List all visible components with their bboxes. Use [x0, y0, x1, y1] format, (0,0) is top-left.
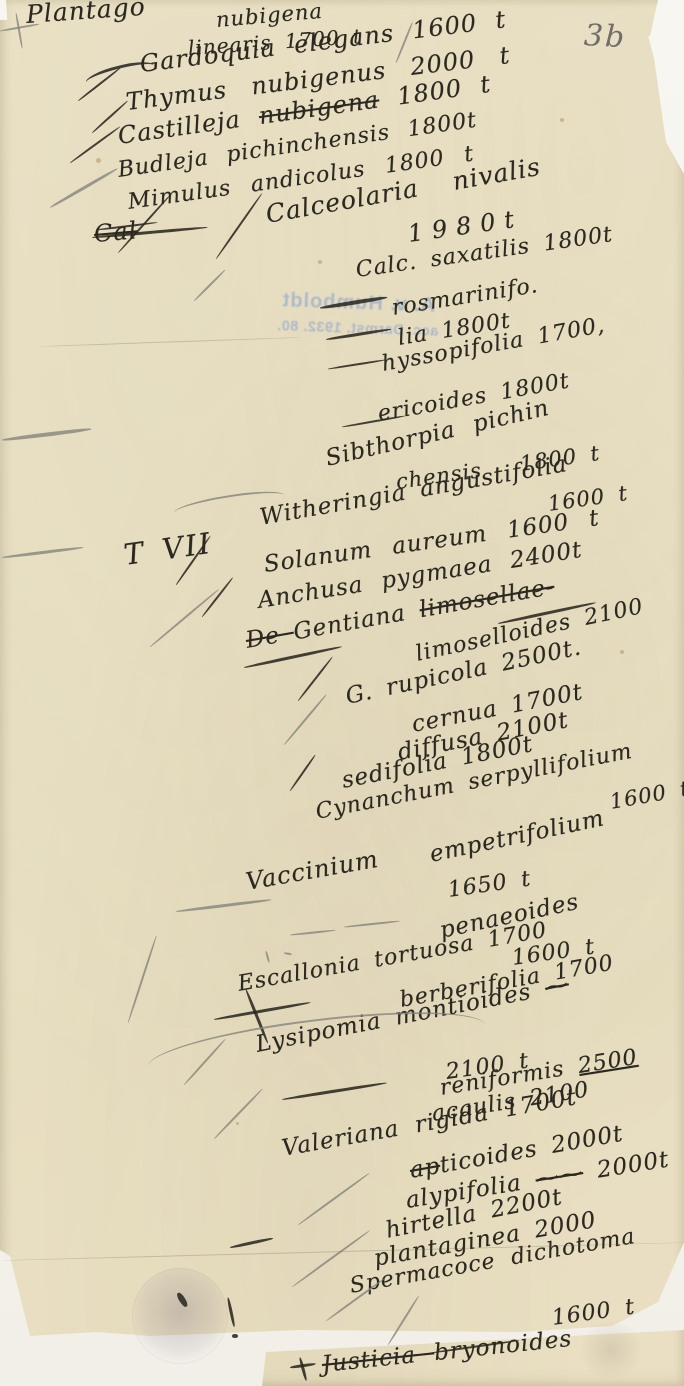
manuscript-line: rosmarinifo.	[390, 273, 540, 321]
handwritten-text: Vaccinium	[244, 845, 381, 896]
check-mark	[344, 920, 400, 928]
handwritten-text: 1600 t	[550, 1294, 636, 1330]
check-mark	[283, 694, 327, 746]
check-mark	[213, 1088, 263, 1140]
check-mark	[227, 1297, 236, 1327]
paper-crease	[40, 337, 300, 347]
handwritten-text: rosmarinifo.	[390, 273, 540, 321]
check-mark	[284, 952, 292, 955]
foxing-spot	[620, 650, 624, 654]
handwritten-text: 1650 t	[446, 866, 532, 902]
check-mark	[215, 193, 263, 260]
foxing-spot	[318, 260, 322, 264]
check-mark	[145, 999, 489, 1094]
scanned-manuscript: A. v. Humboldt acc. Darmst. 1932. 80. 3b…	[0, 0, 684, 1386]
handwritten-text: 2000t	[581, 1146, 671, 1185]
struck-text: ap	[408, 1153, 442, 1184]
handwritten-text: Plantago	[25, 0, 147, 29]
check-mark	[230, 1237, 274, 1249]
check-mark	[232, 1334, 238, 1338]
check-mark	[15, 13, 23, 49]
check-mark	[326, 328, 392, 341]
foxing-spot	[560, 118, 564, 122]
check-mark	[193, 269, 226, 302]
check-mark	[127, 935, 157, 1023]
check-mark	[290, 929, 336, 936]
check-mark	[282, 1081, 387, 1101]
manuscript-line: 1600 t	[550, 1294, 636, 1330]
struck-text: ⁓	[543, 971, 572, 1001]
check-mark	[299, 1357, 308, 1381]
check-mark	[149, 588, 219, 647]
manuscript-line: empetrifolium	[427, 805, 607, 867]
manuscript-line: Justicia bryonoides	[321, 1326, 574, 1378]
check-mark	[69, 126, 120, 164]
manuscript-line: Vaccinium	[244, 845, 381, 896]
check-mark	[265, 951, 270, 963]
check-mark	[289, 754, 316, 791]
manuscript-line: 1600 t	[608, 776, 684, 814]
check-mark	[320, 295, 388, 310]
check-mark	[49, 167, 118, 209]
check-mark	[297, 1172, 369, 1225]
check-mark	[2, 427, 92, 442]
check-mark	[328, 359, 386, 370]
check-mark	[2, 546, 84, 559]
foxing-spot	[96, 158, 101, 163]
handwriting-layer: Plantagonubigenalinearis 1700 tGardoquia…	[0, 0, 684, 1386]
foxing-spot	[236, 1122, 239, 1125]
manuscript-line: Plantago	[25, 0, 147, 29]
check-mark	[297, 656, 333, 701]
struck-text: De	[244, 620, 296, 654]
handwritten-text: bryonoides	[433, 1326, 574, 1366]
check-mark	[175, 1291, 189, 1308]
check-mark	[387, 1295, 419, 1345]
page-number-label: 3b	[583, 18, 627, 55]
handwritten-text: empetrifolium	[427, 805, 607, 867]
struck-text: Justicia	[321, 1340, 436, 1378]
check-mark	[214, 1001, 311, 1021]
manuscript-line: 1650 t	[446, 866, 532, 902]
check-mark	[176, 898, 272, 913]
handwritten-text: 1600 t	[608, 776, 684, 814]
handwritten-text: 2500	[576, 1045, 639, 1079]
